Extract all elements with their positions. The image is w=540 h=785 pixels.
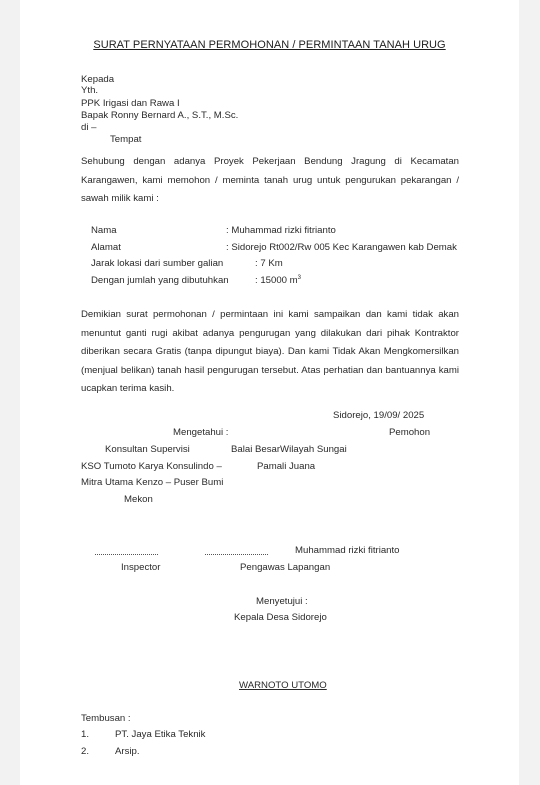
pemohon-label: Pemohon: [389, 427, 430, 439]
inspector-signature-line: [95, 554, 158, 555]
recipient-person: Bapak Ronny Bernard A., S.T., M.Sc.: [81, 110, 238, 122]
balai-line-1: Balai BesarWilayah Sungai: [231, 444, 347, 456]
balai-line-2: Pamali Juana: [257, 461, 315, 473]
tembusan-item-1: PT. Jaya Etika Teknik: [115, 729, 205, 741]
detail-label-jumlah: Dengan jumlah yang dibutuhkan: [91, 275, 229, 287]
detail-label-nama: Nama: [91, 225, 117, 237]
jumlah-superscript: 3: [298, 275, 301, 281]
intro-paragraph: Sehubung dengan adanya Proyek Pekerjaan …: [81, 153, 459, 209]
tembusan-num-2: 2.: [81, 746, 89, 758]
place-date: Sidorejo, 19/09/ 2025: [333, 410, 424, 422]
detail-value-nama: : Muhammad rizki fitrianto: [226, 225, 336, 237]
document-page: SURAT PERNYATAAN PERMOHONAN / PERMINTAAN…: [20, 0, 519, 785]
detail-value-alamat: : Sidorejo Rt002/Rw 005 Kec Karangawen k…: [226, 242, 457, 254]
menyetujui-label: Menyetujui :: [256, 596, 308, 608]
tembusan-item-2: Arsip.: [115, 746, 140, 758]
recipient-yth: Yth.: [81, 85, 98, 97]
kepala-desa-title: Kepala Desa Sidorejo: [234, 612, 327, 624]
closing-paragraph: Demikian surat permohonan / permintaan i…: [81, 306, 459, 399]
detail-value-jumlah: : 15000 m3: [255, 275, 301, 287]
pemohon-name: Muhammad rizki fitrianto: [295, 545, 400, 557]
detail-label-jarak: Jarak lokasi dari sumber galian: [91, 258, 223, 270]
kepala-desa-name: WARNOTO UTOMO: [239, 680, 327, 692]
konsultan-line-2: Mitra Utama Kenzo – Puser Bumi: [81, 477, 223, 489]
konsultan-line-1: KSO Tumoto Karya Konsulindo –: [81, 461, 222, 473]
document-title: SURAT PERNYATAAN PERMOHONAN / PERMINTAAN…: [20, 39, 519, 51]
detail-label-alamat: Alamat: [91, 242, 121, 254]
konsultan-line-3: Mekon: [124, 494, 153, 506]
pengawas-label: Pengawas Lapangan: [240, 562, 330, 574]
detail-value-jarak: : 7 Km: [255, 258, 283, 270]
jumlah-text: : 15000 m: [255, 275, 298, 286]
recipient-office: PPK Irigasi dan Rawa I: [81, 98, 180, 110]
pengawas-signature-line: [205, 554, 268, 555]
konsultan-title: Konsultan Supervisi: [105, 444, 190, 456]
recipient-tempat: Tempat: [110, 134, 141, 146]
recipient-di: di –: [81, 122, 96, 134]
tembusan-num-1: 1.: [81, 729, 89, 741]
inspector-label: Inspector: [121, 562, 160, 574]
tembusan-label: Tembusan :: [81, 713, 131, 725]
mengetahui-label: Mengetahui :: [173, 427, 228, 439]
